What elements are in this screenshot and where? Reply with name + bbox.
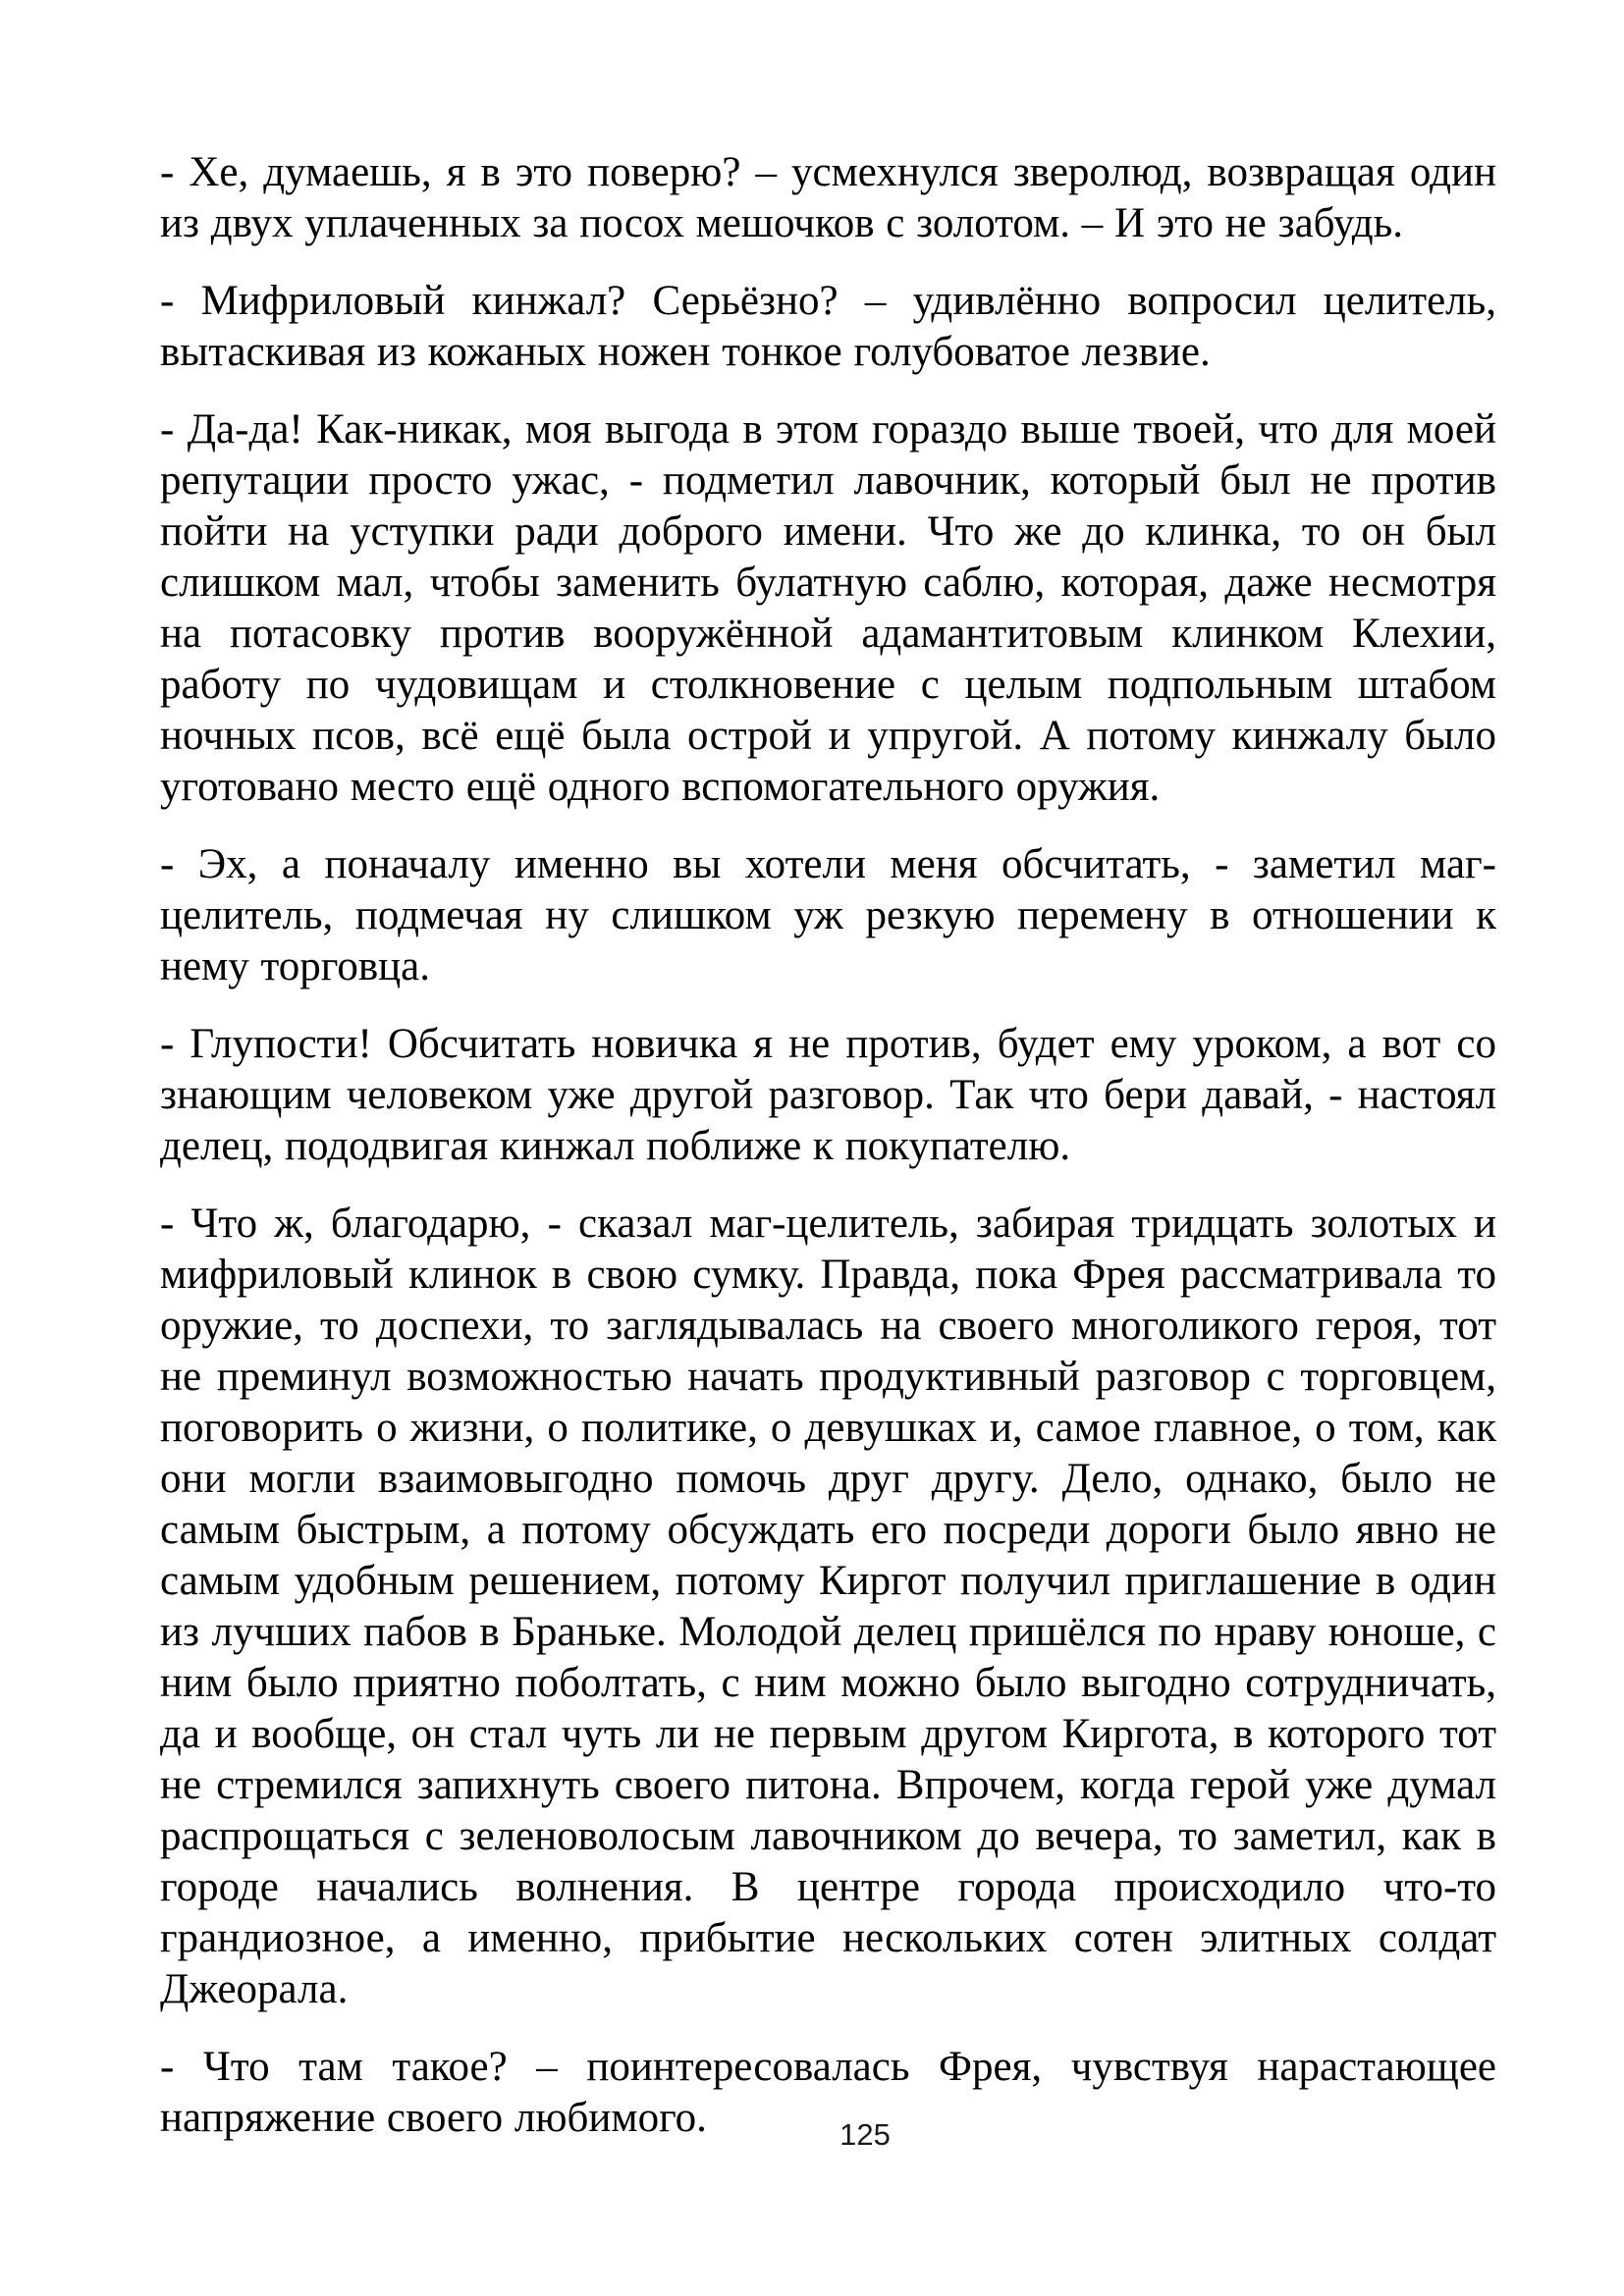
text-block: - Хе, думаешь, я в это поверю? – усмехну… [160, 147, 1496, 2170]
paragraph-dialogue-2: - Мифриловый кинжал? Серьёзно? – удивлён… [160, 276, 1496, 378]
paragraph-dialogue-3: - Да-да! Как-никак, моя выгода в этом го… [160, 404, 1496, 813]
page-number: 125 [160, 2117, 1496, 2153]
paragraph-dialogue-1: - Хе, думаешь, я в это поверю? – усмехну… [160, 147, 1496, 249]
paragraph-narrative-6: - Что ж, благодарю, - сказал маг-целител… [160, 1199, 1496, 2015]
document-page: - Хе, думаешь, я в это поверю? – усмехну… [0, 0, 1624, 2296]
paragraph-dialogue-4: - Эх, а поначалу именно вы хотели меня о… [160, 839, 1496, 992]
paragraph-dialogue-5: - Глупости! Обсчитать новичка я не проти… [160, 1019, 1496, 1172]
